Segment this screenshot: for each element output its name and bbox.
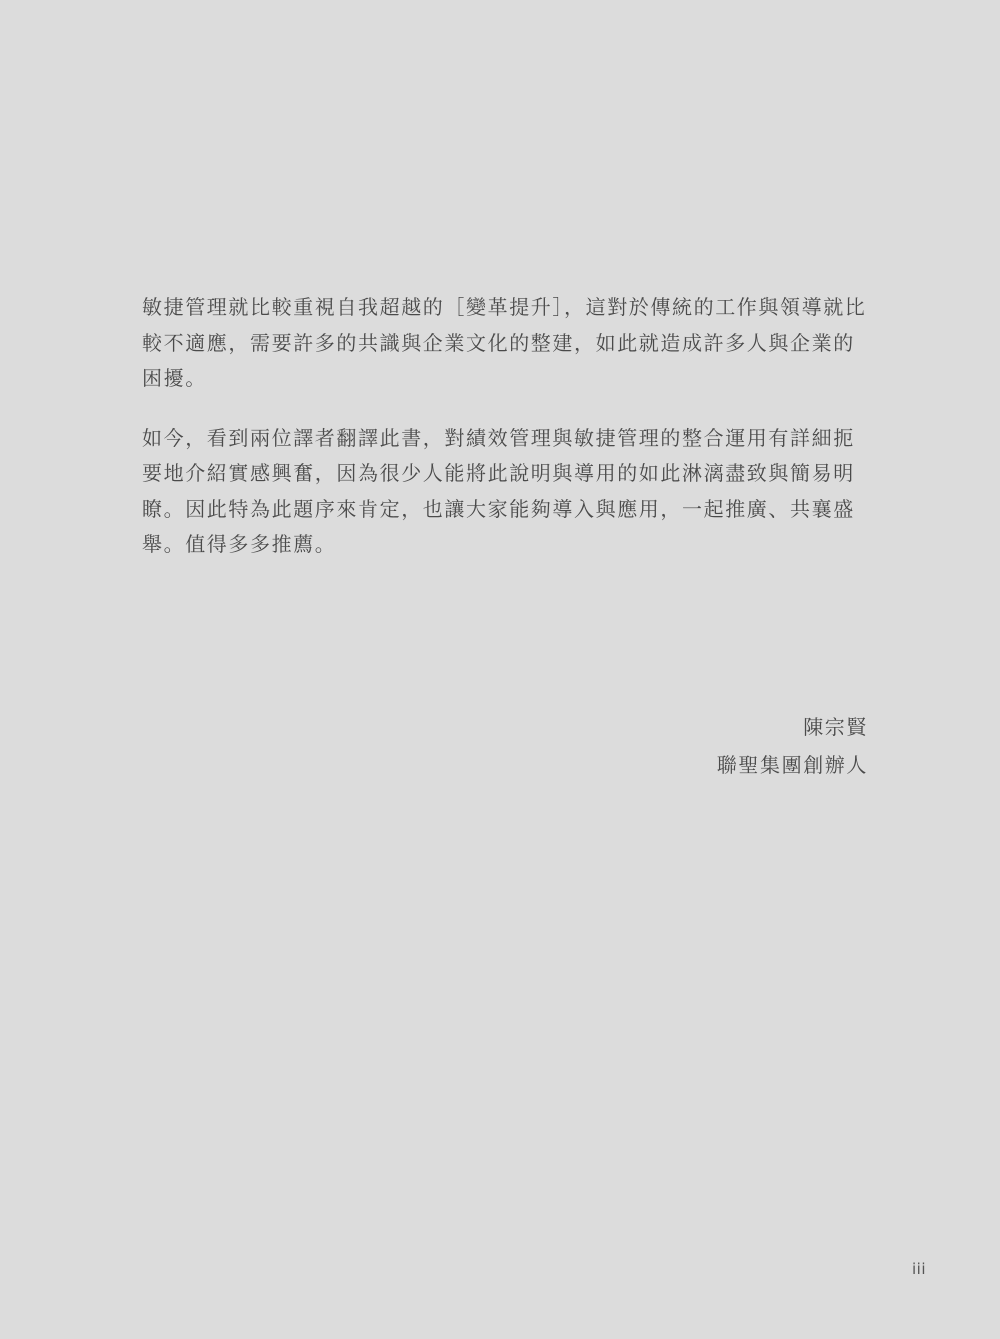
text-line: 困擾。 <box>142 361 872 397</box>
text-line: 要地介紹實感興奮，因為很少人能將此說明與導用的如此淋漓盡致與簡易明 <box>142 456 872 492</box>
text-line: 敏捷管理就比較重視自我超越的［變革提升］，這對於傳統的工作與領導就比 <box>142 290 872 326</box>
preface-body: 敏捷管理就比較重視自我超越的［變革提升］，這對於傳統的工作與領導就比 較不適應，… <box>142 290 872 587</box>
paragraph-1: 敏捷管理就比較重視自我超越的［變革提升］，這對於傳統的工作與領導就比 較不適應，… <box>142 290 872 397</box>
text-line: 舉。值得多多推薦。 <box>142 527 872 563</box>
signature-block: 陳宗賢 聯聖集團創辦人 <box>717 708 868 784</box>
signature-title: 聯聖集團創辦人 <box>717 746 868 784</box>
text-line: 瞭。因此特為此題序來肯定，也讓大家能夠導入與應用，一起推廣、共襄盛 <box>142 492 872 528</box>
book-page: 敏捷管理就比較重視自我超越的［變革提升］，這對於傳統的工作與領導就比 較不適應，… <box>0 0 1000 1339</box>
text-line: 如今，看到兩位譯者翻譯此書，對績效管理與敏捷管理的整合運用有詳細扼 <box>142 421 872 457</box>
page-number: iii <box>912 1260 926 1278</box>
text-line: 較不適應，需要許多的共識與企業文化的整建，如此就造成許多人與企業的 <box>142 326 872 362</box>
paragraph-2: 如今，看到兩位譯者翻譯此書，對績效管理與敏捷管理的整合運用有詳細扼 要地介紹實感… <box>142 421 872 563</box>
signature-name: 陳宗賢 <box>717 708 868 746</box>
